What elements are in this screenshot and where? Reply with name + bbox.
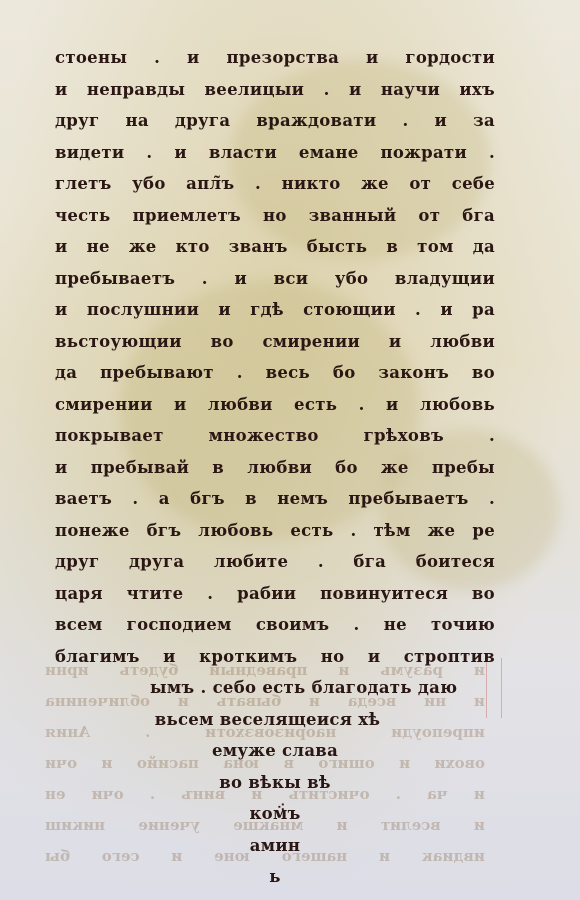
text-line: благимъ и кроткимъ но и строптив [55, 641, 495, 673]
text-line: честь приемлетъ но званный от бга [55, 200, 495, 232]
text-line: видети . и власти емане пожрати . [55, 137, 495, 169]
text-line: ваетъ . а бгъ в немъ пребываетъ . [55, 483, 495, 515]
text-line: и не же кто званъ бысть в том да [55, 231, 495, 263]
closing-line: комъ [55, 798, 495, 830]
text-line: понеже бгъ любовь есть . тѣм же ре [55, 515, 495, 547]
text-line: царя чтите . рабии повинуитеся во [55, 578, 495, 610]
text-line: вьстоующии во смирении и любви [55, 326, 495, 358]
text-line: и пребывай в любви бо же пребы [55, 452, 495, 484]
text-line: и послушнии и гдѣ стоющии . и ра [55, 294, 495, 326]
text-line: ымъ . себо есть благодать даю [55, 672, 495, 704]
closing-line: во вѣкы вѣ [55, 767, 495, 799]
closing-line: ь [55, 861, 495, 893]
closing-line: амин [55, 830, 495, 862]
end-mark: ⁖ [277, 800, 285, 816]
text-line: друг на друга враждовати . и за [55, 105, 495, 137]
closing-line: вьсем веселящеися хѣ [55, 704, 495, 736]
text-line: да пребывают . весь бо законъ во [55, 357, 495, 389]
text-line: друг друга любите . бга боитеся [55, 546, 495, 578]
text-line: покрывает множество грѣховъ . [55, 420, 495, 452]
text-line: смирении и любви есть . и любовь [55, 389, 495, 421]
text-line: глетъ убо апл̃ъ . никто же от себе [55, 168, 495, 200]
text-line: всем господием своимъ . не точию [55, 609, 495, 641]
manuscript-text: стоены . и презорства и гордости и непра… [55, 42, 495, 893]
manuscript-page: и разумь и праведныи будеть ирни и ни вс… [0, 0, 580, 900]
text-line: и неправды веелицыи . и научи ихъ [55, 74, 495, 106]
text-line: стоены . и презорства и гордости [55, 42, 495, 74]
text-line: пребываетъ . и вси убо владущии [55, 263, 495, 295]
closing-line: емуже слава [55, 735, 495, 767]
